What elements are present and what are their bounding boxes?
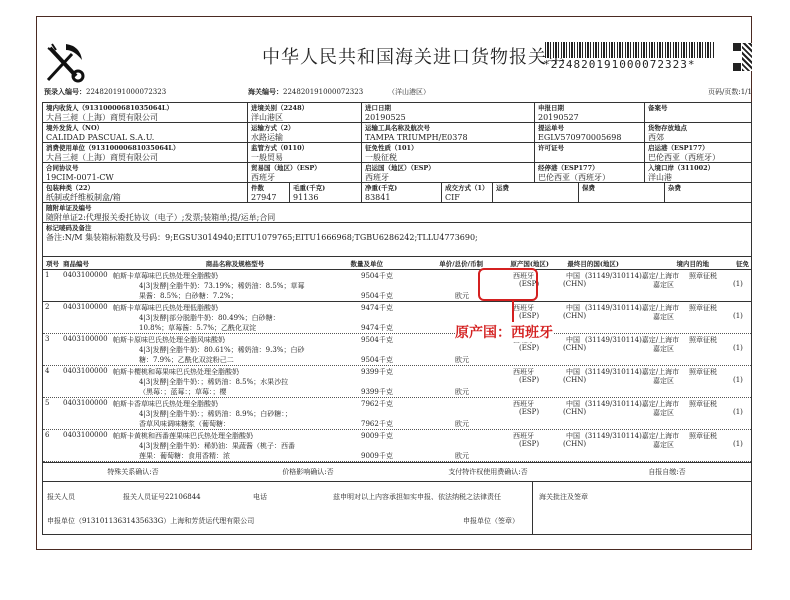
page-count: 页码/页数:1/1 [708, 87, 752, 97]
item-origin-code: (ESP) [519, 344, 539, 352]
package-label: 包装种类（22） [46, 184, 244, 193]
item-levy-code: (1) [733, 408, 743, 416]
footer-section: 报关人员 报关人员证号22106844 电话 兹申明对以上内容承担如实申报、依法… [43, 482, 751, 534]
col-levy: 征免 [709, 259, 749, 268]
item-levy: 照章征税 [689, 399, 717, 409]
storage-label: 货物存放地点 [648, 124, 748, 133]
import-date-value: 20190525 [365, 113, 531, 122]
deal-label: 成交方式（1） [445, 184, 489, 193]
pre-entry-number: 预录入编号：224820191000072323 [44, 87, 166, 97]
item-no: 2 [45, 303, 49, 311]
col-domestic: 境内目的地 [619, 259, 709, 268]
item-domestic-2: 嘉定区 [653, 376, 674, 386]
item-qty: 7962千克 [361, 399, 393, 409]
item-levy-code: (1) [733, 312, 743, 320]
marks-value: 备注:N/M 集装箱标箱数及号码：9;EGSU3014940;EITU10797… [46, 233, 748, 242]
trade-country-value: 西班牙 [251, 173, 358, 182]
supervision-value: 一般贸易 [251, 153, 358, 162]
docs-value: 随附单证2:代理报关委托协议（电子）;发票;装箱单;提/运单;合同 [46, 213, 748, 222]
item-domestic-2: 嘉定区 [653, 312, 674, 322]
contract-value: 19CIM-0071-CW [46, 173, 244, 182]
item-qty-2: 9504千克 [361, 291, 393, 301]
tax-label: 征免性质（101） [365, 144, 531, 153]
vessel-value: TAMPA TRIUMPH/E0378 [365, 133, 531, 142]
item-currency: 欧元 [455, 387, 469, 397]
table-row: 50403100000帕斯卡香草味巴氏热处理全脂酸奶4|3|发酵|全脂牛奶：；稀… [43, 398, 751, 430]
royalty-confirm: 支付特许权使用费确认:否 [393, 467, 583, 477]
bl-value: EGLV570970005698 [538, 133, 641, 142]
table-row: 20403100000帕斯卡草莓味巴氏热处理低脂酸奶4|3|发酵|部分脱脂牛奶：… [43, 302, 751, 334]
item-dest-code: (CHN) [563, 408, 586, 416]
item-dest-code: (CHN) [563, 440, 586, 448]
item-code: 0403100000 [63, 367, 108, 375]
item-code: 0403100000 [63, 431, 108, 439]
item-domestic-2: 嘉定区 [653, 408, 674, 418]
package-value: 纸制或纤维板制盒/箱 [46, 193, 244, 202]
item-levy-code: (1) [733, 344, 743, 352]
item-spec-1: 4|3|发酵|部分脱脂牛奶：80.49%；白砂糖： [139, 313, 280, 323]
origin-country-label: 启运国（地区）（ESP） [365, 164, 531, 173]
item-qty-2: 9009千克 [361, 451, 393, 461]
item-qty-2: 9474千克 [361, 323, 393, 333]
via-port-label: 经停港（ESP177） [538, 164, 641, 173]
item-name: 帕斯卡樱桃和莓果味巴氏热处理全脂酸奶 [113, 367, 239, 377]
item-origin-code: (ESP) [519, 376, 539, 384]
item-spec-1: 4|3|发酵|全脂牛奶：；稀奶油：8.5%；水果沙拉 [139, 377, 288, 387]
qr-code-icon [733, 43, 752, 71]
entry-port-value: 洋山港 [648, 173, 748, 182]
barcode [545, 42, 715, 58]
origin-country-value: 西班牙 [365, 173, 531, 182]
user-label: 消费使用单位（91310000681035064L） [46, 144, 244, 153]
item-spec-2: 香草风味调味糖浆（葡萄糖： [139, 419, 230, 429]
item-name: 帕斯卡香草味巴氏热处理全脂酸奶 [113, 399, 218, 409]
col-origin: 原产国(地区) [483, 259, 549, 268]
departure-port-value: 巴伦西亚（西班牙） [648, 153, 748, 162]
item-dest-code: (CHN) [563, 280, 586, 288]
item-no: 6 [45, 431, 49, 439]
declarant-id: 报关人员证号22106844 [123, 492, 201, 502]
statement: 兹申明对以上内容承担如实申报、依法纳税之法律责任 [333, 492, 501, 502]
pre-entry-label: 预录入编号： [44, 87, 86, 96]
item-levy: 照章征税 [689, 367, 717, 377]
user-value: 大昌三昶（上海）商贸有限公司 [46, 153, 244, 162]
table-row: 40403100000帕斯卡樱桃和莓果味巴氏热处理全脂酸奶4|3|发酵|全脂牛奶… [43, 366, 751, 398]
item-levy: 照章征税 [689, 303, 717, 313]
trade-country-label: 贸易国（地区）（ESP） [251, 164, 358, 173]
net-value: 83841 [365, 193, 438, 202]
item-origin-code: (ESP) [519, 440, 539, 448]
item-spec-2: 莲果：葡萄糖：食用香精：浓 [139, 451, 230, 461]
marks-label: 标记唛码及备注 [46, 224, 748, 233]
col-code: 商品编号 [63, 259, 155, 268]
item-code: 0403100000 [63, 271, 108, 279]
tax-value: 一般征税 [365, 153, 531, 162]
price-impact-confirm: 价格影响确认:否 [223, 467, 393, 477]
entry-customs-value: 洋山港区 [251, 113, 358, 122]
item-domestic-2: 嘉定区 [653, 280, 674, 290]
item-levy: 照章征税 [689, 271, 717, 281]
bl-label: 提运单号 [538, 124, 641, 133]
col-dest: 最终目的国(地区) [549, 259, 619, 268]
item-qty: 9504千克 [361, 335, 393, 345]
item-currency: 欧元 [455, 451, 469, 461]
shipper-label: 境外发货人（NO） [46, 124, 244, 133]
gross-label: 毛重(千克) [293, 184, 358, 193]
declarant-label: 报关人员 [47, 492, 75, 502]
entry-customs-label: 进境关别（2248） [251, 104, 358, 113]
table-row: 60403100000帕斯卡黄桃和西番莲果味巴氏热处理全脂酸奶4|3|发酵|全脂… [43, 430, 751, 462]
item-qty: 9009千克 [361, 431, 393, 441]
item-qty-2: 9504千克 [361, 355, 393, 365]
item-origin-code: (ESP) [519, 408, 539, 416]
import-date-label: 进口日期 [365, 104, 531, 113]
item-spec-2: 果酱：8.5%；白砂糖：7.2%； [139, 291, 238, 301]
origin-annotation: 原产国：西班牙 [455, 322, 553, 342]
col-name: 商品名称及规格型号 [155, 259, 315, 268]
item-qty-2: 7962千克 [361, 419, 393, 429]
shipper-value: CALIDAD PASCUAL S.A.U. [46, 133, 244, 142]
license-label: 许可证号 [538, 144, 641, 153]
item-spec-2: （黑莓：；蓝莓：；草莓：；樱 [139, 387, 227, 397]
item-levy-code: (1) [733, 280, 743, 288]
self-pay-confirm: 自报自缴:否 [583, 467, 751, 477]
via-port-value: 巴伦西亚（西班牙） [538, 173, 641, 182]
item-currency: 欧元 [455, 291, 469, 301]
net-label: 净重(千克) [365, 184, 438, 193]
item-code: 0403100000 [63, 399, 108, 407]
transport-value: 水路运输 [251, 133, 358, 142]
customs-number: 海关编号：224820191000072323 [248, 87, 363, 97]
item-levy: 照章征税 [689, 431, 717, 441]
departure-port-label: 启运港（ESP177） [648, 144, 748, 153]
item-name: 帕斯卡草莓味巴氏热处理全脂酸奶 [113, 271, 218, 281]
col-no: 项号 [43, 259, 63, 268]
insurance-label: 保费 [582, 184, 661, 193]
consignee-label: 境内收货人（91310000681035064L） [46, 104, 244, 113]
phone-label: 电话 [253, 492, 267, 502]
item-no: 5 [45, 399, 49, 407]
docs-label: 随附单证及编号 [46, 204, 748, 213]
port-name: （洋山港区） [388, 87, 430, 97]
item-qty: 9474千克 [361, 303, 393, 313]
declaring-unit: 申报单位（91310113631435633G）上海和芳货运代理有限公司 [47, 516, 254, 526]
declare-date-value: 20190527 [538, 113, 641, 122]
item-spec-2: 10.8%；草莓酱：5.7%；乙酰化双淀 [139, 323, 256, 333]
misc-label: 杂费 [668, 184, 748, 193]
item-code: 0403100000 [63, 303, 108, 311]
special-relation-confirm: 特殊关系确认:否 [43, 467, 223, 477]
item-currency: 欧元 [455, 355, 469, 365]
item-dest-code: (CHN) [563, 376, 586, 384]
item-origin-code: (ESP) [519, 312, 539, 320]
item-dest-code: (CHN) [563, 344, 586, 352]
col-price: 单价/总价/币制 [383, 259, 483, 268]
item-no: 3 [45, 335, 49, 343]
item-spec-1: 4|3|发酵|全脂牛奶：；稀奶油：8.9%；白砂糖：； [139, 409, 292, 419]
item-spec-1: 4|3|发酵|全脂牛奶：稀奶油：果蔬酱（桃子：西番 [139, 441, 295, 451]
item-domestic-2: 嘉定区 [653, 440, 674, 450]
item-levy: 照章征税 [689, 335, 717, 345]
page-title: 中华人民共和国海关进口货物报关单 [262, 43, 566, 69]
customs-no-value: 224820191000072323 [283, 88, 363, 96]
entry-port-label: 入境口岸（311002） [648, 164, 748, 173]
barcode-number: *224820191000072323* [543, 58, 695, 71]
item-no: 4 [45, 367, 49, 375]
table-row: 30403100000帕斯卡原味巴氏热处理全脂风味酸奶4|3|发酵|全脂牛奶：8… [43, 334, 751, 366]
item-levy-code: (1) [733, 440, 743, 448]
item-no: 1 [45, 271, 49, 279]
freight-label: 运费 [496, 184, 575, 193]
pieces-label: 件数 [251, 184, 286, 193]
goods-table-header: 项号 商品编号 商品名称及规格型号 数量及单位 单价/总价/币制 原产国(地区)… [43, 257, 751, 270]
item-name: 帕斯卡草莓味巴氏热处理低脂酸奶 [113, 303, 218, 313]
vessel-label: 运输工具名称及航次号 [365, 124, 531, 133]
gross-value: 91136 [293, 193, 358, 202]
goods-table-body: 10403100000帕斯卡草莓味巴氏热处理全脂酸奶4|3|发酵|全脂牛奶：73… [43, 270, 751, 462]
item-qty-2: 9399千克 [361, 387, 393, 397]
item-name: 帕斯卡黄桃和西番莲果味巴氏热处理全脂酸奶 [113, 431, 253, 441]
transport-label: 运输方式（2） [251, 124, 358, 133]
item-spec-1: 4|3|发酵|全脂牛奶：80.61%；稀奶油：9.3%；白砂 [139, 345, 304, 355]
origin-callout-line [512, 301, 514, 323]
deal-value: CIF [445, 193, 489, 202]
item-spec-2: 糖：7.9%；乙酰化双淀粉己二 [139, 355, 234, 365]
item-dest-code: (CHN) [563, 312, 586, 320]
table-row: 10403100000帕斯卡草莓味巴氏热处理全脂酸奶4|3|发酵|全脂牛奶：73… [43, 270, 751, 302]
item-code: 0403100000 [63, 335, 108, 343]
customs-emblem-icon [44, 40, 86, 84]
item-qty: 9504千克 [361, 271, 393, 281]
item-name: 帕斯卡原味巴氏热处理全脂风味酸奶 [113, 335, 225, 345]
customs-no-label: 海关编号： [248, 87, 283, 96]
item-domestic-2: 嘉定区 [653, 344, 674, 354]
origin-highlight-box [478, 268, 538, 301]
declaration-grid: 境内收货人（91310000681035064L）大昌三昶（上海）商贸有限公司 … [42, 102, 752, 535]
pieces-value: 27947 [251, 193, 286, 202]
consignee-value: 大昌三昶（上海）商贸有限公司 [46, 113, 244, 122]
item-spec-1: 4|3|发酵|全脂牛奶：73.19%；稀奶油：8.5%；草莓 [139, 281, 304, 291]
confirm-row: 特殊关系确认:否 价格影响确认:否 支付特许权使用费确认:否 自报自缴:否 [43, 462, 751, 482]
col-qty: 数量及单位 [315, 259, 383, 268]
pre-entry-value: 224820191000072323 [86, 88, 166, 96]
storage-value: 西郊 [648, 133, 748, 142]
unit-seal: 申报单位（签章） [463, 516, 519, 526]
declare-date-label: 申报日期 [538, 104, 641, 113]
supervision-label: 监管方式（0110） [251, 144, 358, 153]
item-levy-code: (1) [733, 376, 743, 384]
item-currency: 欧元 [455, 419, 469, 429]
record-no-label: 备案号 [648, 104, 748, 113]
contract-label: 合同协议号 [46, 164, 244, 173]
item-qty: 9399千克 [361, 367, 393, 377]
customs-remark: 海关批注及签章 [539, 492, 588, 502]
